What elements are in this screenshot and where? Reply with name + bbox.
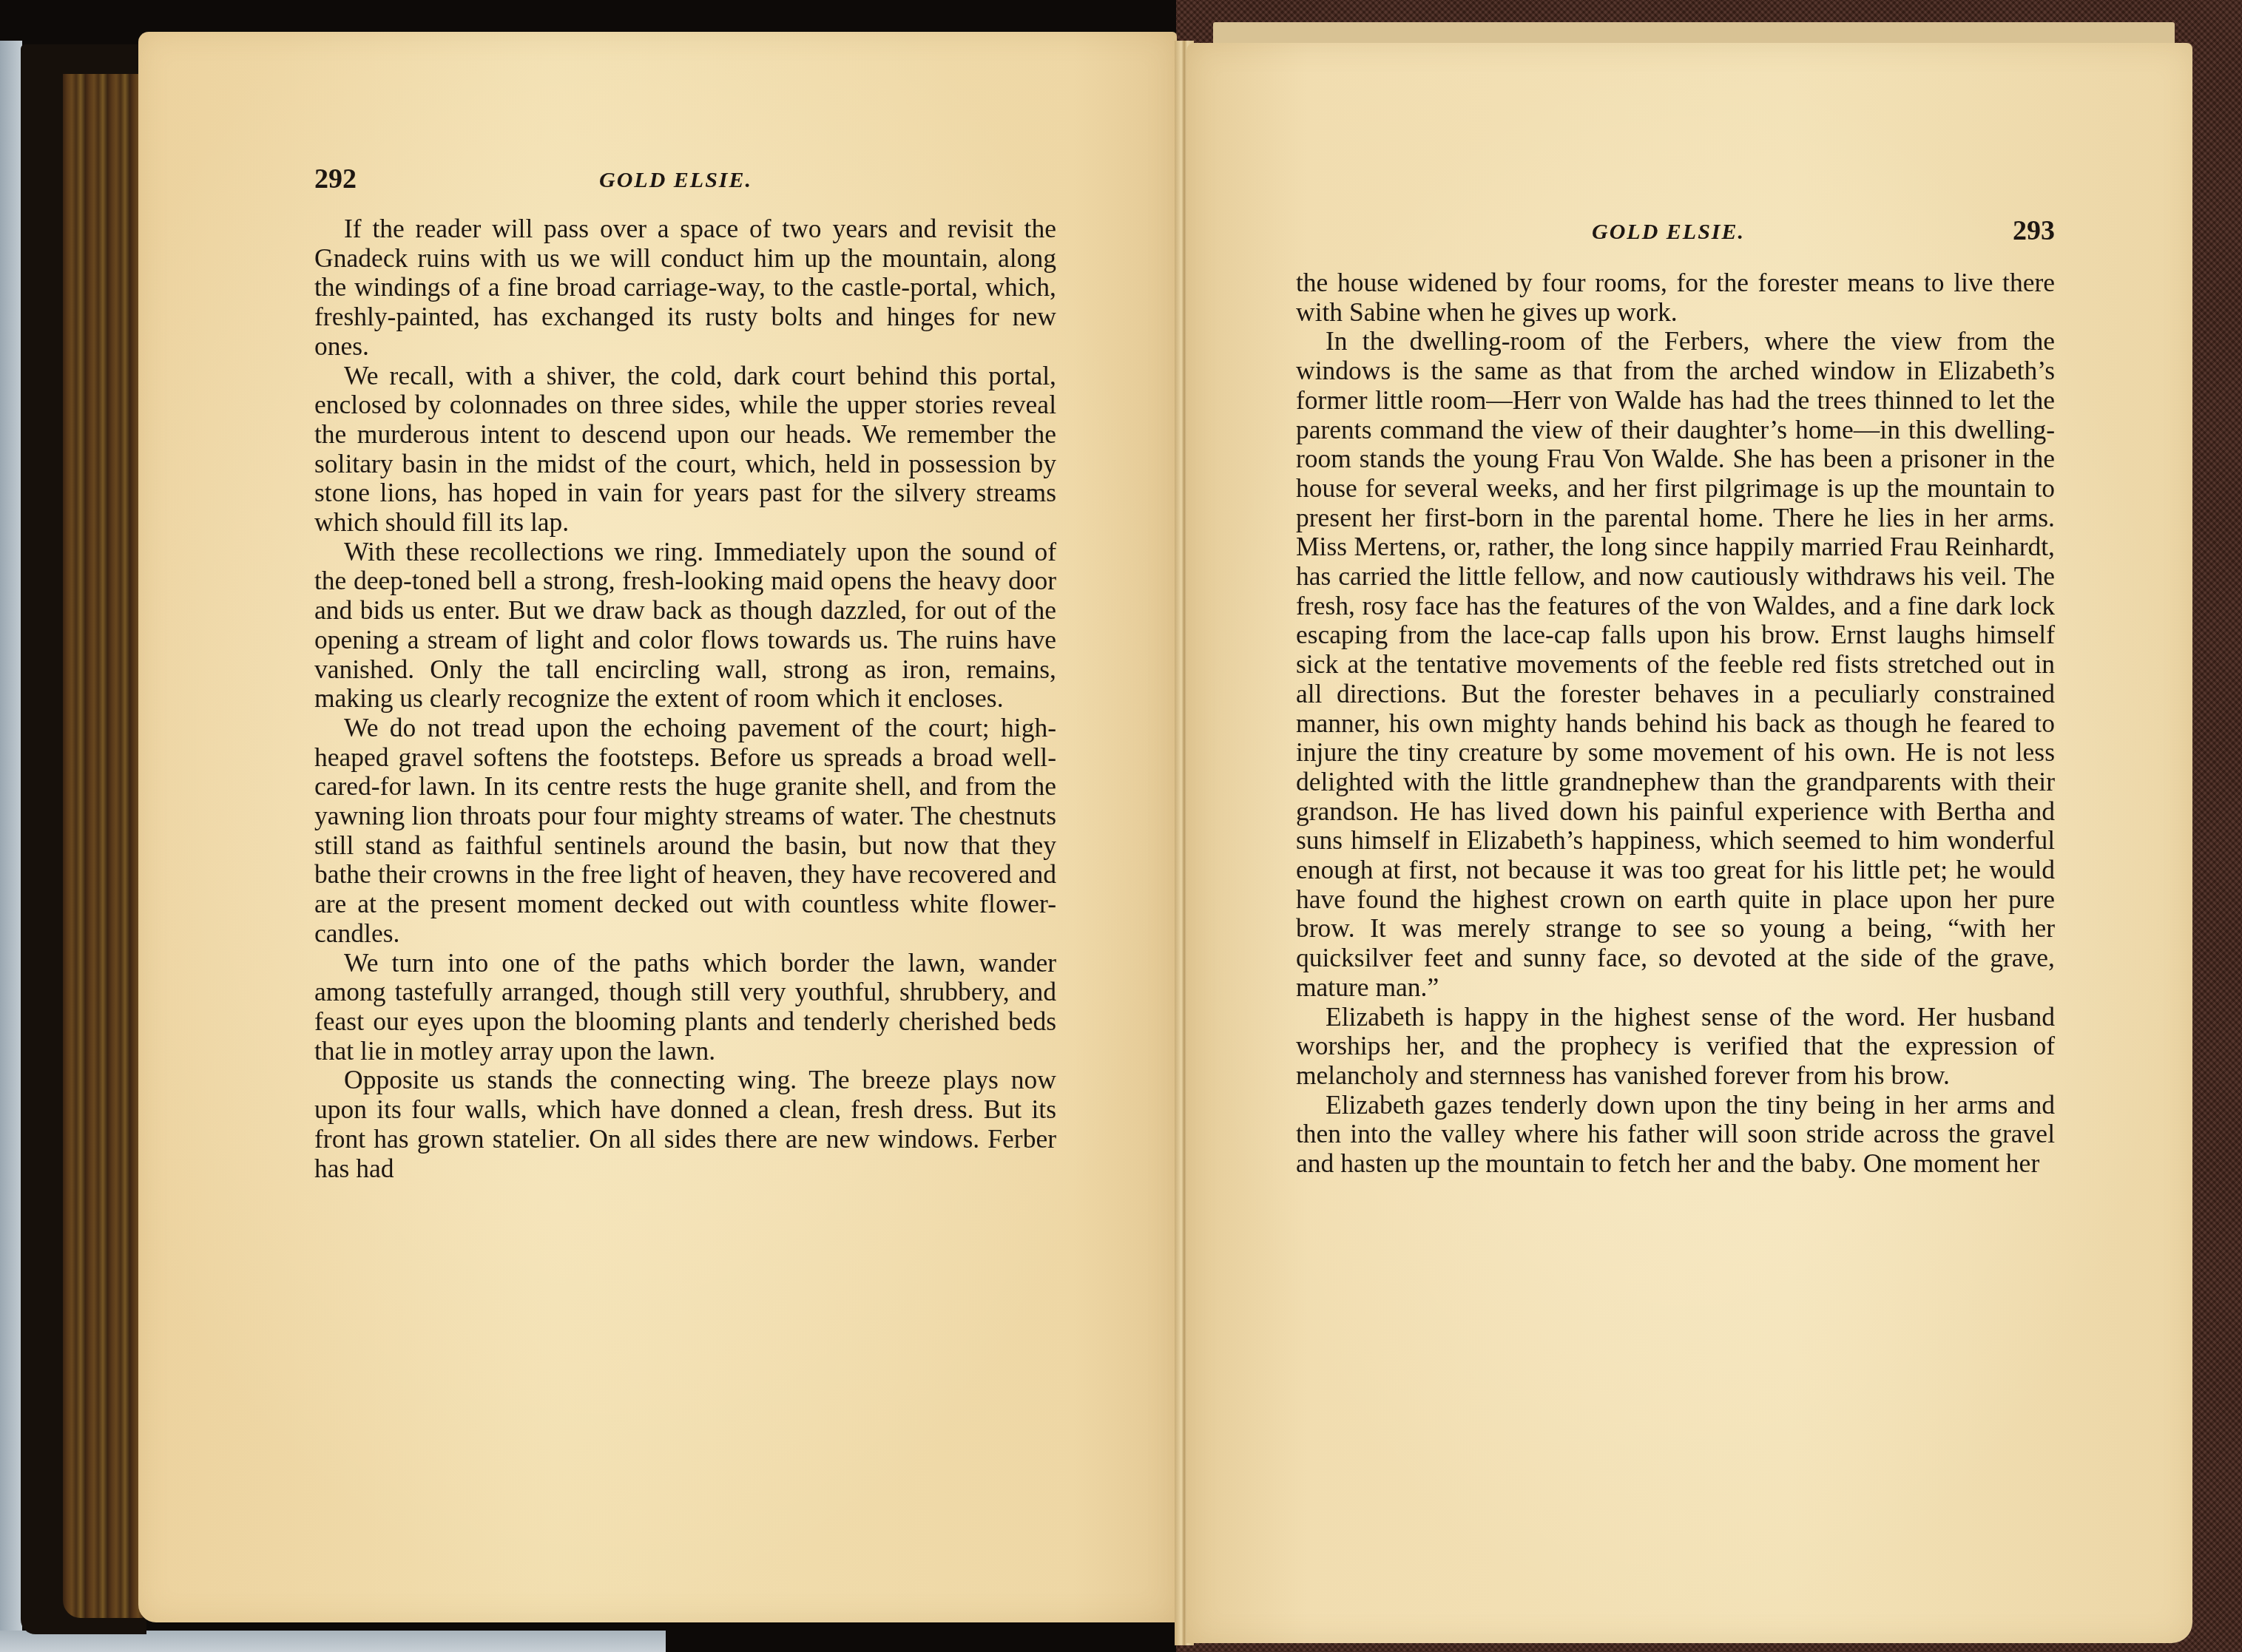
paragraph: In the dwelling-room of the Ferbers, whe… (1296, 327, 2055, 1002)
scanner-background-left (0, 41, 22, 1652)
paragraph: With these recollections we ring. Immedi… (314, 538, 1056, 714)
left-page-edges (63, 74, 143, 1618)
paragraph: If the reader will pass over a space of … (314, 214, 1056, 362)
paragraph-continued: the house widened by four rooms, for the… (1296, 268, 2055, 327)
paragraph: We turn into one of the paths which bord… (314, 949, 1056, 1066)
paragraph: Opposite us stands the connecting wing. … (314, 1066, 1056, 1183)
right-page-body: the house widened by four rooms, for the… (1296, 268, 2055, 1179)
paragraph: Elizabeth is happy in the highest sense … (1296, 1003, 2055, 1091)
paragraph: We do not tread upon the echoing pavemen… (314, 714, 1056, 949)
paragraph: Elizabeth gazes tenderly down upon the t… (1296, 1091, 2055, 1179)
paragraph: We recall, with a shiver, the cold, dark… (314, 362, 1056, 538)
left-page-number: 292 (314, 164, 357, 194)
left-book-title: GOLD ELSIE. (599, 166, 752, 195)
right-page-number: 293 (2013, 216, 2055, 246)
left-page-body: If the reader will pass over a space of … (314, 214, 1056, 1183)
right-book-title: GOLD ELSIE. (1592, 217, 1745, 247)
